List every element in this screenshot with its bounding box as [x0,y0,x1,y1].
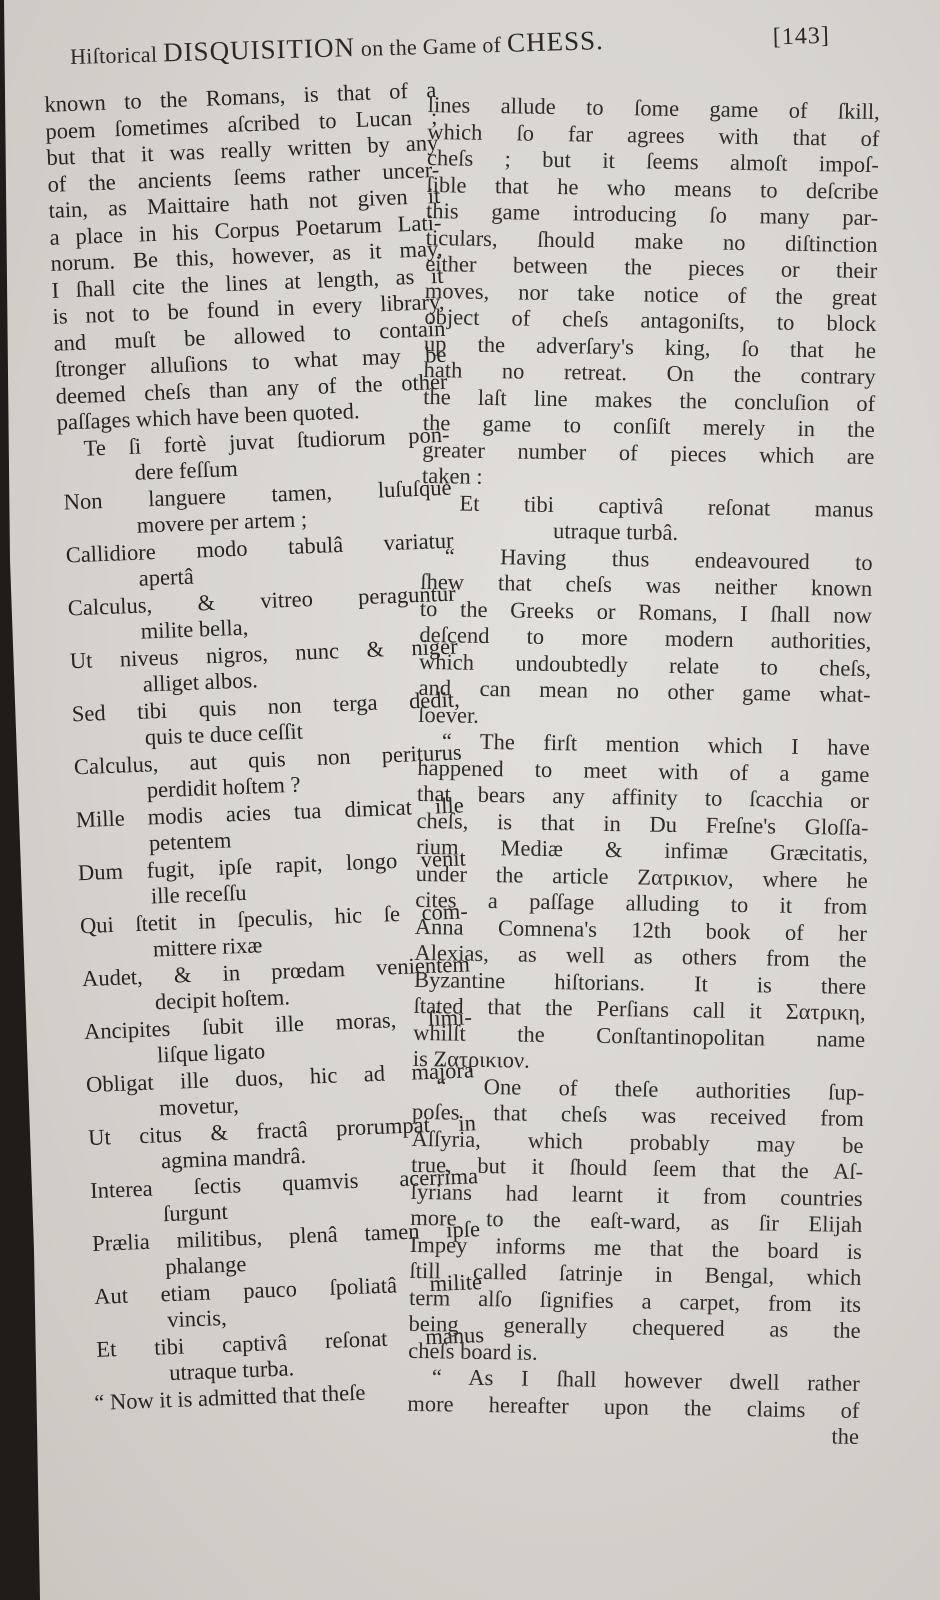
running-title-mid: on the Game of [355,32,508,61]
paragraph: “ As I ſhall however dwell rather more h… [407,1364,860,1451]
paragraph: “ Having thus endeavoured to ſhew that c… [418,542,873,735]
right-column: lines allude to ſome game of ſkill, whic… [407,92,880,1450]
running-title: Hiſtorical DISQUISITION on the Game of C… [70,25,605,71]
scanned-page: Hiſtorical DISQUISITION on the Game of C… [0,0,940,1600]
page-header: Hiſtorical DISQUISITION on the Game of C… [70,18,851,71]
paragraph: “ One of theſe authorities ſup- poſes th… [408,1072,865,1371]
paragraph: “ The firſt mention which I have happene… [413,728,870,1080]
left-prose: known to the Romans, is that of a poem ſ… [44,77,449,436]
running-title-end: CHESS. [507,25,605,58]
latin-quote: Et tibi captivâ reſonat manus utraque tu… [421,489,874,549]
running-title-caps: DISQUISITION [163,32,356,67]
paragraph: lines allude to ſome game of ſkill, whic… [422,92,880,497]
page-number: [143] [772,23,830,52]
running-title-prefix: Hiſtorical [70,42,158,69]
